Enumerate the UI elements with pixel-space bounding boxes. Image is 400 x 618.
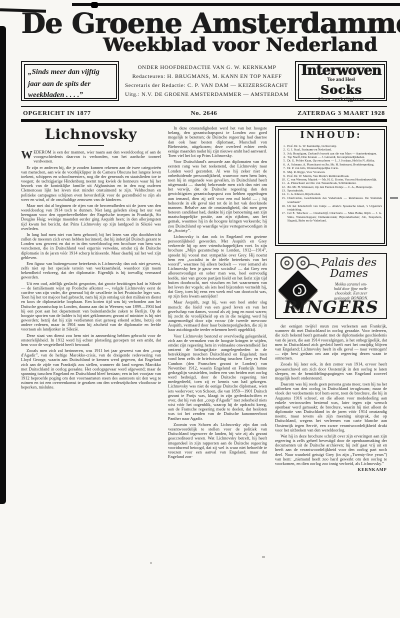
lead-text: EDEROM is een der mannen, wier naam aan … bbox=[34, 150, 162, 164]
inhoud-entry-text: Charivarius, Geschiedenis des Vaderlands… bbox=[287, 196, 382, 203]
inhoud-entry: 17. Cel E. Telschow — Cinebedrijf, Chari… bbox=[280, 211, 382, 222]
article-paragraph: Voor Duitschland's armoede aan diplomate… bbox=[168, 160, 267, 233]
article-paragraph: Zooals hij later ook, in den zomer van 1… bbox=[275, 362, 387, 380]
left-paragraphs: Er zijn er anderen bij, die je zouden ku… bbox=[21, 165, 161, 390]
inhoud-header: INHOUD: bbox=[276, 127, 386, 142]
right-column-text: der eenigen twijfel steun zou verleenen … bbox=[275, 324, 387, 472]
ringers-brand: RINGERS bbox=[276, 300, 386, 317]
editorial-line: Secretaris der Redactie: C. P. VAN DAM —… bbox=[125, 82, 289, 91]
ringers-ad: Palais des Dames Mokka caramel om-huld d… bbox=[275, 253, 387, 319]
article-paragraph: Daarom was hij reeds geen persona grata … bbox=[275, 382, 387, 432]
editorial-line: Uitg.: N.V. DE GROENE AMSTERDAMMER — AMS… bbox=[125, 91, 289, 100]
inhoud-entry-number: 15. bbox=[280, 196, 286, 203]
inhoud-entry-number: 16. bbox=[280, 204, 286, 211]
article-column-left: Lichnovsky WEDEROM is een der mannen, wi… bbox=[21, 126, 161, 504]
inhoud-listwrap: 1. Prof. Dr. G. W. Kernkamp, Lichnovsky.… bbox=[280, 144, 382, 244]
scan-edge-top bbox=[72, 3, 400, 6]
slogan-box: „Sinds meer dan vijftig jaar aan de spit… bbox=[21, 61, 119, 101]
socks-ad-brand: Interwoven bbox=[296, 64, 386, 78]
article-paragraph: der eenigen twijfel steun zou verleenen … bbox=[275, 324, 387, 361]
article-title: Lichnovsky bbox=[21, 127, 161, 143]
inhoud-entry-number: 17. bbox=[280, 211, 286, 222]
article-paragraph: Zoomin von Schoen als Lichnovsky zijn da… bbox=[168, 422, 267, 459]
scan-edge-left bbox=[0, 26, 6, 504]
article-paragraph: Uit een oud, adellijk geslacht gesproten… bbox=[21, 281, 161, 331]
article-column-middle: In deze omstandigheden werd het van het … bbox=[168, 126, 267, 504]
page-content: De Groene Amsterdammer Weekblad voor Ned… bbox=[21, 10, 387, 504]
newspaper-page: De Groene Amsterdammer Weekblad voor Ned… bbox=[0, 0, 400, 618]
masthead: De Groene Amsterdammer Weekblad voor Ned… bbox=[21, 10, 387, 55]
slogan-text: „Sinds meer dan vijftig jaar aan de spit… bbox=[28, 66, 112, 101]
middle-column-text: In deze omstandigheden werd het van het … bbox=[168, 126, 267, 459]
article-paragraph: Maar met dat al beginnen de rijen van de… bbox=[21, 203, 161, 231]
article-paragraph: Zooals men zich zal herinneren, was 1911… bbox=[21, 349, 161, 390]
article-paragraph: Een figuur van buitengewone beteekenis i… bbox=[21, 261, 161, 279]
scan-speck bbox=[390, 197, 398, 199]
editorial-line: ONDER HOOFDREDACTIE VAN G. W. KERNKAMP bbox=[125, 64, 289, 73]
founded-label: OPGERICHT IN 1877 bbox=[23, 110, 144, 117]
drop-cap: W bbox=[21, 151, 33, 160]
article-paragraph: Voor Lichnovsky bestond er overvloedig g… bbox=[168, 334, 267, 421]
article-signature: KERNKAMP bbox=[275, 468, 387, 473]
palais-script: Palais des Dames bbox=[316, 257, 382, 279]
inhoud-entry-text: Uit het Kladschrift van Jantje — Abele's… bbox=[287, 204, 382, 211]
scan-speck bbox=[150, 562, 152, 564]
article-paragraph: In deze omstandigheden werd het van het … bbox=[168, 126, 267, 158]
inhoud-box: INHOUD: 1. Prof. Dr. G. W. Kernkamp, Lic… bbox=[275, 126, 387, 246]
socks-ad-product: Socks bbox=[296, 84, 386, 97]
editorial-block: ONDER HOOFDREDACTIE VAN G. W. KERNKAMPRe… bbox=[119, 61, 295, 101]
inhoud-list: 1. Prof. Dr. G. W. Kernkamp, Lichnovsky.… bbox=[280, 144, 382, 222]
header-info-row: „Sinds meer dan vijftig jaar aan de spit… bbox=[21, 61, 387, 101]
inhoud-entry: 16. Uit het Kladschrift van Jantje — Abe… bbox=[280, 204, 382, 211]
socks-ad: Interwoven Toe and Heel Socks Alom verkr… bbox=[295, 61, 387, 101]
article-lead-paragraph: WEDEROM is een der mannen, wier naam aan… bbox=[21, 150, 161, 164]
editorial-line: Redacteuren: H. BRUGMANS, M. KANN EN TOP… bbox=[125, 73, 289, 82]
article-paragraph: Lichnovsky is dan ook in Engeland een ge… bbox=[168, 234, 267, 298]
dateline: OPGERICHT IN 1877 No. 2646 ZATERDAG 3 MA… bbox=[21, 106, 387, 122]
inhoud-entry-text: Cel E. Telschow — Cinebedrijf, Charivari… bbox=[287, 211, 382, 222]
sidebar-column: INHOUD: 1. Prof. Dr. G. W. Kernkamp, Lic… bbox=[275, 126, 387, 504]
middle-column-textwrap: In deze omstandigheden werd het van het … bbox=[168, 126, 267, 504]
issue-number: No. 2646 bbox=[144, 110, 265, 117]
title-rule bbox=[78, 145, 104, 146]
scan-speck bbox=[262, 556, 265, 558]
article-paragraph: Deze staat van dienst zou hem niet in aa… bbox=[21, 333, 161, 347]
left-column-textwrap: WEDEROM is een der mannen, wier naam aan… bbox=[21, 150, 161, 506]
body-columns: Lichnovsky WEDEROM is een der mannen, wi… bbox=[21, 126, 387, 504]
inhoud-entry: 15. Charivarius, Geschiedenis des Vaderl… bbox=[280, 196, 382, 203]
right-column-textwrap: der eenigen twijfel steun zou verleenen … bbox=[275, 324, 387, 504]
palais-line2: Dames bbox=[316, 268, 382, 279]
article-paragraph: Wat hij in deze brochure schrijft over z… bbox=[275, 434, 387, 466]
article-paragraph: In lang had men niet van hem gehoord; bi… bbox=[21, 232, 161, 260]
left-column-text: WEDEROM is een der mannen, wier naam aan… bbox=[21, 150, 161, 390]
article-paragraph: Er zijn er anderen bij, die je zouden ku… bbox=[21, 165, 161, 202]
date-label: ZATERDAG 3 MAART 1928 bbox=[264, 110, 385, 117]
right-paragraphs: der eenigen twijfel steun zou verleenen … bbox=[275, 324, 387, 466]
article-paragraph: Maar Asquith, zegt hij, was een heel and… bbox=[168, 300, 267, 332]
socks-ad-tagline: Alom verkrijgbaar bbox=[296, 97, 386, 105]
